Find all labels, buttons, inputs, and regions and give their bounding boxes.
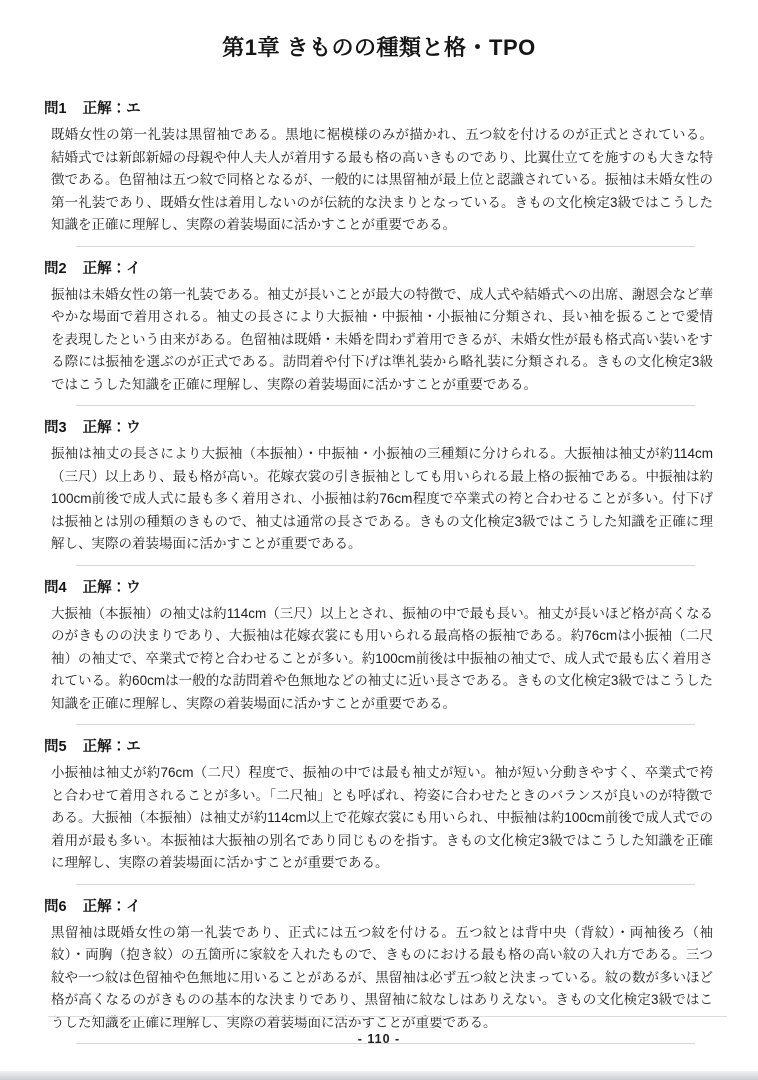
correct-answer: 正解：イ (83, 261, 141, 277)
correct-answer: 正解：エ (83, 101, 141, 117)
question-header: 問2正解：イ (44, 258, 713, 280)
page-number: - 110 - (0, 1032, 758, 1046)
correct-answer: 正解：ウ (83, 420, 141, 436)
question-number: 問3 (44, 420, 67, 436)
section-divider (76, 405, 695, 406)
question-header: 問5正解：エ (44, 736, 713, 758)
section-divider (76, 884, 695, 885)
question-number: 問2 (44, 261, 67, 277)
question-section-3: 問3正解：ウ 振袖は袖丈の長さにより大振袖（本振袖）・中振袖・小振袖の三種類に分… (44, 417, 713, 566)
question-section-1: 問1正解：エ 既婚女性の第一礼装は黒留袖である。黒地に裾模様のみが描かれ、五つ紋… (44, 98, 713, 247)
question-header: 問3正解：ウ (44, 417, 713, 439)
question-header: 問6正解：イ (44, 896, 713, 918)
section-divider (76, 246, 695, 247)
explanation-text: 小振袖は袖丈が約76cm（二尺）程度で、振袖の中では最も袖丈が短い。袖が短い分動… (51, 762, 713, 875)
question-section-4: 問4正解：ウ 大振袖（本振袖）の袖丈は約114cm（三尺）以上とされ、振袖の中で… (44, 577, 713, 726)
question-number: 問5 (44, 739, 67, 755)
section-divider (76, 724, 695, 725)
question-header: 問1正解：エ (44, 98, 713, 120)
explanation-text: 大振袖（本振袖）の袖丈は約114cm（三尺）以上とされ、振袖の中で最も長い。袖丈… (51, 603, 713, 716)
question-number: 問1 (44, 101, 67, 117)
question-number: 問4 (44, 580, 67, 596)
explanation-text: 振袖は袖丈の長さにより大振袖（本振袖）・中振袖・小振袖の三種類に分けられる。大振… (51, 443, 713, 556)
question-section-6: 問6正解：イ 黒留袖は既婚女性の第一礼装であり、正式には五つ紋を付ける。五つ紋と… (44, 896, 713, 1045)
page-title: 第1章 きものの種類と格・TPO (0, 0, 758, 62)
correct-answer: 正解：ウ (83, 580, 141, 596)
answer-key-content: 問1正解：エ 既婚女性の第一礼装は黒留袖である。黒地に裾模様のみが描かれ、五つ紋… (44, 98, 713, 1044)
explanation-text: 黒留袖は既婚女性の第一礼装であり、正式には五つ紋を付ける。五つ紋とは背中央（背紋… (51, 922, 713, 1035)
section-divider (76, 565, 695, 566)
scan-edge (0, 1071, 758, 1080)
correct-answer: 正解：エ (83, 739, 141, 755)
document-page: 第1章 きものの種類と格・TPO 問1正解：エ 既婚女性の第一礼装は黒留袖である… (0, 0, 758, 1080)
question-section-2: 問2正解：イ 振袖は未婚女性の第一礼装である。袖丈が長いことが最大の特徴で、成人… (44, 258, 713, 407)
question-header: 問4正解：ウ (44, 577, 713, 599)
correct-answer: 正解：イ (83, 899, 141, 915)
question-section-5: 問5正解：エ 小振袖は袖丈が約76cm（二尺）程度で、振袖の中では最も袖丈が短い… (44, 736, 713, 885)
explanation-text: 既婚女性の第一礼装は黒留袖である。黒地に裾模様のみが描かれ、五つ紋を付けるのが正… (51, 124, 713, 237)
footer-rule (48, 1016, 727, 1017)
explanation-text: 振袖は未婚女性の第一礼装である。袖丈が長いことが最大の特徴で、成人式や結婚式への… (51, 284, 713, 397)
question-number: 問6 (44, 899, 67, 915)
